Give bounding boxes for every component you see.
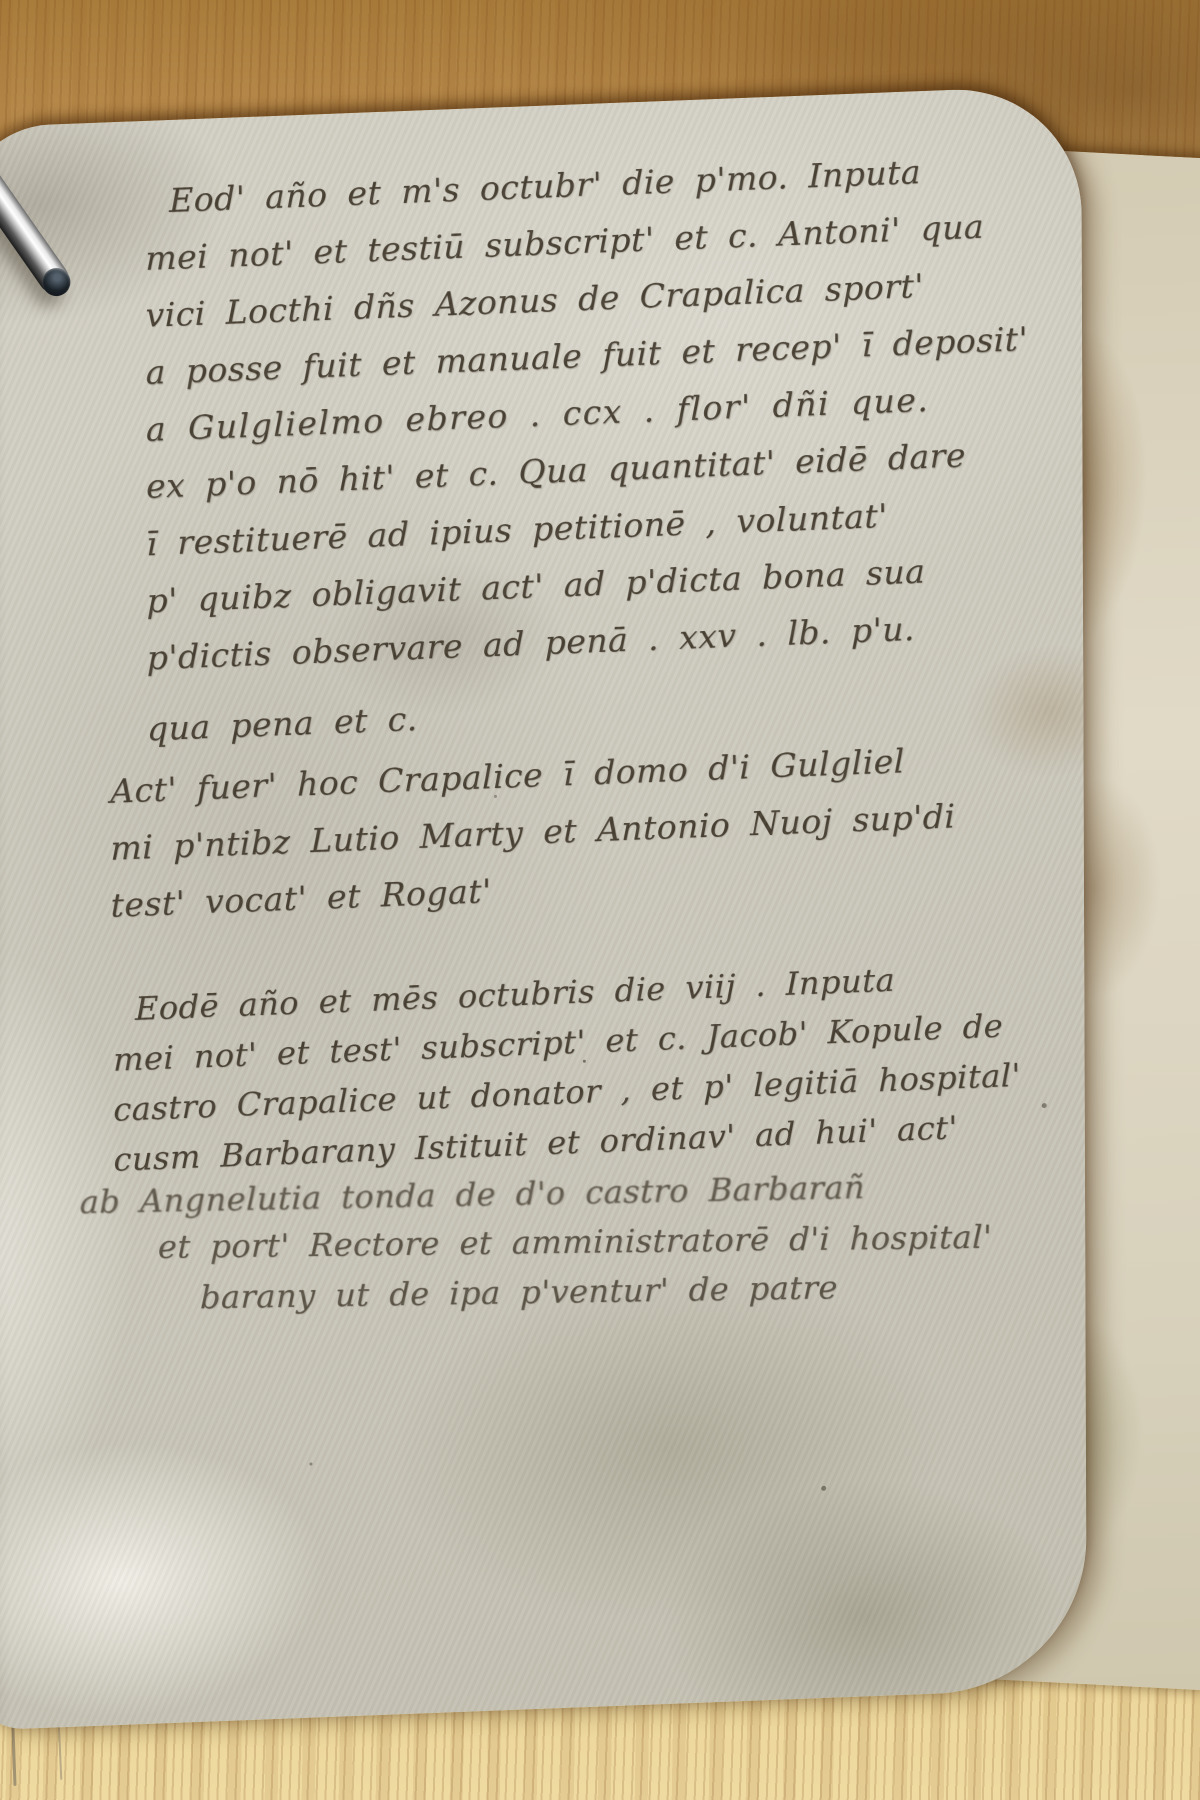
manuscript-entry-2: Eodē año et mēs octubris die viij . Inpu… bbox=[113, 950, 1022, 1335]
manuscript-entry-1-closing: Act' fuer' hoc Crapalice ī domo d'i Gulg… bbox=[110, 730, 955, 934]
manuscript-page: Eod' año et m's octubr' die p'mo. Inputa… bbox=[0, 85, 1087, 1731]
manuscript-entry-1: Eod' año et m's octubr' die p'mo. Inputa… bbox=[145, 139, 1029, 757]
manuscript-photo-scene: Eod' año et m's octubr' die p'mo. Inputa… bbox=[0, 0, 1200, 1800]
